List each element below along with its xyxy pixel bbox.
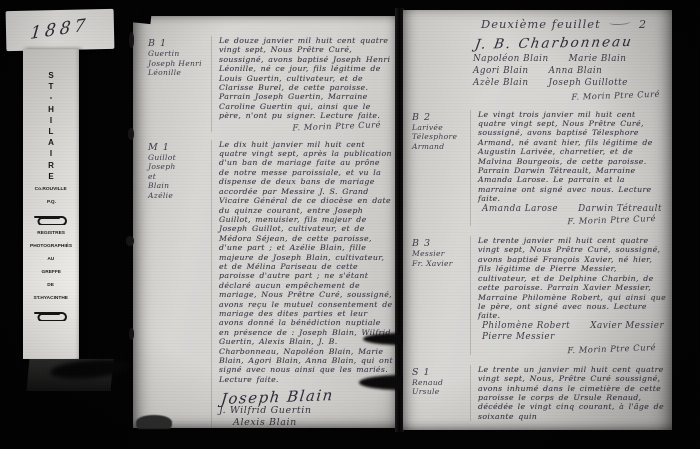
edge-smudge (129, 32, 134, 48)
entry-margin-name: Armand (412, 142, 466, 152)
tab-letter: A (48, 137, 54, 148)
signature: Alexis Blain (233, 417, 393, 428)
edge-smudge (128, 128, 134, 140)
register-entry-s1: S 1 Renaud Ursule Le trente un janvier m… (403, 365, 672, 421)
entry-margin-name: Joseph Henri (148, 59, 207, 69)
entry-code: B 3 (412, 238, 466, 249)
overflow-signature-block: Napoléon Blain Marie Blain Agori Blain A… (469, 54, 672, 90)
tab-stamp-line: REGISTRES (37, 229, 65, 237)
signature-row: Azèle Blain Joseph Guillotte (469, 78, 672, 90)
tab-stamp-line: DE (48, 281, 55, 289)
entry-text: Le vingt trois janvier mil huit cent qua… (478, 110, 668, 204)
entry-code: B 2 (412, 112, 466, 123)
entry-margin-name: Messier (412, 249, 466, 259)
entry-margin-name: Guillot (148, 153, 207, 163)
signature: Joseph Guillotte (549, 78, 628, 90)
tab-letter: R (48, 160, 54, 171)
entry-body: Le trente un janvier mil huit cent quatr… (470, 365, 672, 421)
paper-clip-icon (31, 211, 71, 225)
signature-row: Philomène Robert Xavier Messier (478, 321, 668, 333)
entry-code: B 1 (148, 38, 207, 49)
page-header: Deuxième feuillet 2 (403, 10, 672, 31)
tab-letter: I (48, 148, 54, 159)
entry-code: S 1 (412, 367, 466, 378)
paper-clip-icon (31, 307, 71, 321)
tab-letter: L (48, 126, 54, 137)
entry-text: Le douze janvier mil huit cent quatre vi… (219, 36, 393, 121)
entry-body: Le trente janvier mil huit cent quatre v… (470, 236, 672, 355)
signature: Napoléon Blain (473, 54, 549, 66)
tab-letter: E (48, 171, 54, 182)
signature: Azèle Blain (473, 78, 529, 90)
archive-tab-strip: S T - H I L A I R E Co.ROUVILLE P.Q. REG… (23, 49, 79, 359)
register-page-right: Deuxième feuillet 2 J. B. Charbonneau Na… (403, 10, 672, 430)
microfilm-scan-stage: 1887 S T - H I L A I R E Co.ROUVILLE P.Q… (0, 0, 700, 449)
entry-margin-name: Renaud (412, 378, 466, 388)
page-bottom-smudge (136, 415, 172, 429)
entry-margin: M 1 Guillot Joseph et Blain Azélie (133, 140, 211, 428)
signature: Xavier Messier (590, 321, 664, 333)
entry-margin-name: Blain (148, 181, 207, 191)
tab-stamp-line: ST.HYACINTHE (34, 294, 69, 302)
entry-margin: S 1 Renaud Ursule (403, 365, 470, 421)
tab-letter: - (48, 92, 54, 103)
tab-letter: T (48, 81, 54, 92)
entry-margin: B 3 Messier Fr. Xavier (403, 236, 470, 355)
edge-smudge (126, 236, 134, 246)
entry-margin: B 1 Guertin Joseph Henri Léonille (133, 36, 211, 132)
entry-body: Le douze janvier mil huit cent quatre vi… (211, 36, 397, 132)
register-entry-m1: M 1 Guillot Joseph et Blain Azélie Le di… (133, 140, 397, 428)
register-entry-b2: B 2 Larivée Télesphore Armand Le vingt t… (403, 110, 672, 227)
signature: Marie Blain (569, 54, 627, 66)
entry-margin-name: Fr. Xavier (412, 259, 466, 269)
page-corner-shadow (129, 12, 152, 24)
priest-signature: F. Morin Ptre Curé (478, 213, 668, 230)
page-number: 2 (639, 18, 666, 31)
tab-stamp-line: GREFFE (41, 268, 60, 276)
entry-text: Le trente un janvier mil huit cent quatr… (478, 365, 668, 421)
entry-margin: B 2 Larivée Télesphore Armand (403, 110, 470, 227)
tab-region-line: Co.ROUVILLE (35, 185, 67, 193)
tab-letter: S (48, 70, 54, 81)
tab-vertical-title: S T - H I L A I R E (48, 70, 54, 182)
entry-body: Le vingt trois janvier mil huit cent qua… (470, 110, 672, 227)
register-entry-b1: B 1 Guertin Joseph Henri Léonille Le dou… (133, 36, 397, 132)
flourish-line (609, 19, 631, 25)
tab-letter: I (48, 115, 54, 126)
priest-signature: F. Morin Ptre Curé (403, 88, 672, 107)
year-handwritten: 1887 (29, 12, 114, 44)
entry-margin-name: Azélie (148, 191, 207, 201)
entry-text: Le trente janvier mil huit cent quatre v… (478, 236, 668, 321)
entry-margin-name: Ursule (412, 387, 466, 397)
priest-signature: F. Morin Ptre Curé (478, 341, 668, 358)
tab-stamp-line: AU (48, 255, 55, 263)
signature: Amanda Larose (482, 204, 558, 216)
signature: Anna Blain (549, 66, 603, 78)
signature-row: Agori Blain Anna Blain (469, 66, 672, 78)
entry-margin-name: Télesphore (412, 132, 466, 142)
signature: Agori Blain (473, 66, 529, 78)
page-header-feuillet: Deuxième feuillet (481, 17, 601, 31)
entry-margin-name: Joseph (148, 162, 207, 172)
tab-stamp-line: PHOTOGRAPHIÉS (30, 242, 72, 250)
year-tab-label: 1887 (6, 9, 115, 51)
tab-region-line: P.Q. (46, 198, 55, 206)
entry-margin-name: Larivée (412, 123, 466, 133)
signature: Philomène Robert (482, 321, 570, 333)
entry-margin-name: Guertin (148, 49, 207, 59)
tab-letter: H (48, 104, 54, 115)
entry-margin-name: Léonille (148, 68, 207, 78)
signature-row: Napoléon Blain Marie Blain (469, 54, 672, 66)
signature: Pierre Messier (482, 332, 555, 344)
entry-text: Le dix huit janvier mil huit cent quatre… (219, 140, 393, 385)
priest-signature: F. Morin Ptre Curé (219, 119, 393, 135)
edge-smudge (129, 328, 134, 340)
entry-margin-name: et (148, 172, 207, 182)
entry-code: M 1 (148, 142, 207, 153)
signature-charbonneau: J. B. Charbonneau (474, 33, 672, 52)
register-page-left: B 1 Guertin Joseph Henri Léonille Le dou… (133, 16, 397, 428)
register-entry-b3: B 3 Messier Fr. Xavier Le trente janvier… (403, 236, 672, 355)
